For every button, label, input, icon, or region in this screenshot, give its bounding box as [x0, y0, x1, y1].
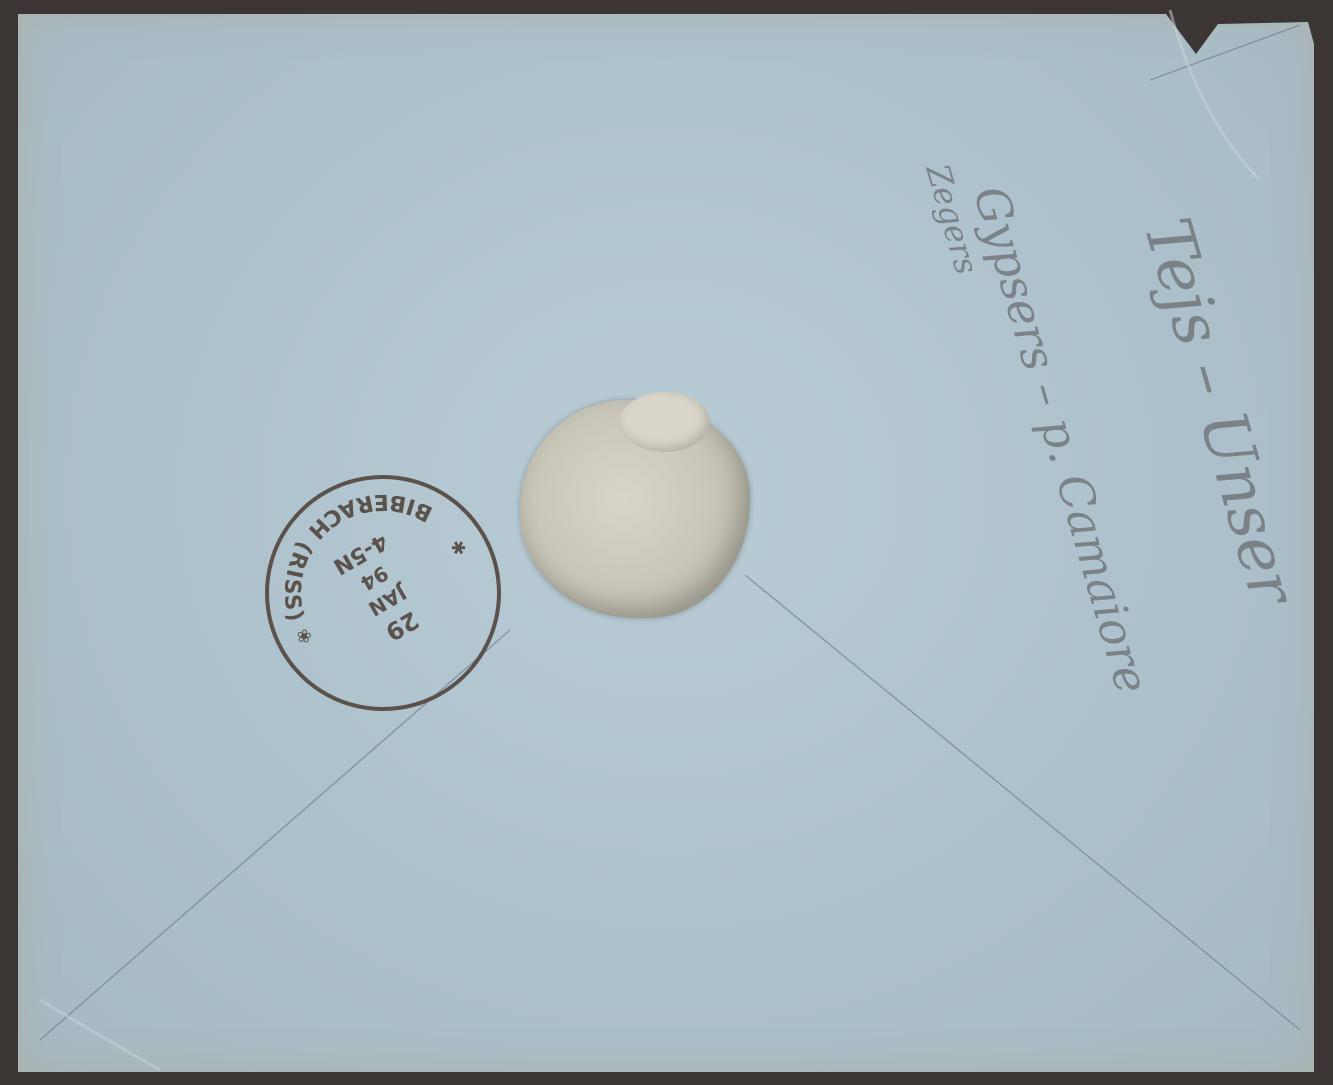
flap-fold-top-right: [1150, 25, 1300, 80]
wax-seal: [520, 400, 750, 618]
postmark-stamp: BIBERACH (RISS) 29 JAN 94 4-5N ✱ ❀: [263, 473, 503, 713]
postmark-ornament-right: ❀: [292, 623, 316, 649]
crease-top-right: [1170, 10, 1260, 180]
postmark-ornament-left: ✱: [446, 534, 470, 560]
crease-bottom-left: [40, 1000, 160, 1070]
flap-fold-right: [745, 575, 1300, 1030]
